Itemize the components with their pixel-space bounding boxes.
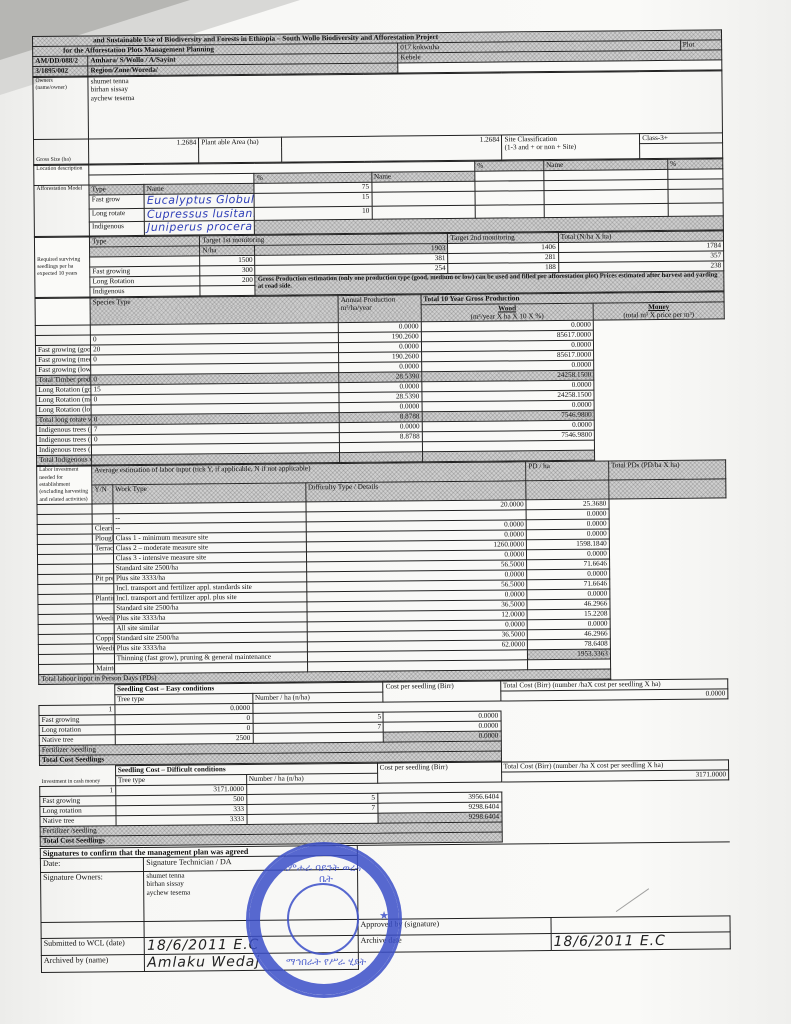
work-type: Pit preparation xyxy=(93,574,114,584)
work-type: Planting xyxy=(93,594,114,604)
col-species: Species Type xyxy=(90,295,338,325)
yn-cell xyxy=(38,574,93,585)
species-type: Fast growing (low) xyxy=(36,365,91,376)
labor-rows: 20.000025.3680--0.0000Clearing--0.00000.… xyxy=(37,498,728,675)
investment-label: Investment in cash money xyxy=(40,766,116,787)
target1-nha: 200 xyxy=(200,275,255,286)
owners-site-table: Owners (name/owner) shumet tenna birhan … xyxy=(32,70,723,165)
work-type: Terracing, Water harvesting xyxy=(92,544,113,554)
species-type: Long Rotation (medium) xyxy=(36,395,91,406)
plot-id-line2: 3/1895/002 xyxy=(33,66,88,77)
labor-table: Labor investment needed for establishmen… xyxy=(36,460,728,685)
work-type: Weeding year 1 xyxy=(93,614,114,624)
species-type: Long Rotation (low) xyxy=(36,405,91,416)
work-type: Coppice management xyxy=(93,634,114,644)
species-type: Total Timber production after 10 years xyxy=(36,375,91,386)
species-type xyxy=(35,325,90,336)
site-class-sub: (1-3 and + or non + Site) xyxy=(505,142,638,152)
yn-cell xyxy=(38,624,93,635)
col-difficulty: Difficulty Type / Details xyxy=(305,481,526,502)
star-icon: ★ xyxy=(379,909,389,922)
difficult-total-cost: 3171.0000 xyxy=(501,770,728,782)
col-type: Type xyxy=(89,184,144,195)
model-type: Fast grow xyxy=(89,194,144,208)
stamp-emblem-icon xyxy=(287,883,359,955)
seedlings-table: Required surviving seedlings per ha expe… xyxy=(34,230,725,298)
yn-cell xyxy=(38,584,93,595)
plot-id-line1: AM/DD/088/2 xyxy=(33,56,88,67)
yn-cell xyxy=(38,594,93,605)
yn-cell xyxy=(38,564,93,575)
yn-cell xyxy=(38,634,93,645)
species-type xyxy=(35,335,90,346)
yn-cell xyxy=(37,504,92,515)
date-label: Date: xyxy=(40,857,143,872)
location-label: Location description xyxy=(34,165,89,186)
col-cost: Cost per seedling (Birr) xyxy=(377,762,501,783)
work-type xyxy=(92,514,113,524)
header-table: and Sustainable Use of Biodiversity and … xyxy=(32,29,722,77)
management-plan-form: and Sustainable Use of Biodiversity and … xyxy=(32,29,731,973)
species-type: Total long rotate wood stocks 10 years xyxy=(36,415,91,426)
work-type xyxy=(93,604,114,614)
species-type: Fast growing (medium) xyxy=(36,355,91,366)
yn-cell xyxy=(37,554,92,565)
work-type xyxy=(93,554,114,564)
seedling-type: Indigenous xyxy=(90,286,200,297)
yn-cell xyxy=(39,664,94,675)
plot-label: Plot xyxy=(680,40,721,50)
model-species-name: Cupressus lusitanica xyxy=(144,207,254,222)
gross-size-value: 1.2684 xyxy=(89,138,199,164)
col-cost: Cost per seedling (Birr) xyxy=(383,681,500,702)
easy-total-cost: 0.0000 xyxy=(500,689,727,701)
col-annual: Annual Production m³/ha/year xyxy=(338,295,421,323)
model-pct: 15 xyxy=(254,192,371,207)
col-pct3: % xyxy=(668,159,723,170)
stamp-bottom-text: ማኅበራት የሥራ ሂደት xyxy=(271,957,381,968)
col-yn: Y/N xyxy=(92,485,113,504)
archive-date: 18/6/2011 E.C xyxy=(551,932,730,951)
official-stamp: የአምሐራ ባይንት ወረዳ ጽ/ቤት ★ ማኅበራት የሥራ ሂደት xyxy=(246,842,402,998)
work-type xyxy=(94,654,115,664)
gross-production-rows: 0.00000.00000190.260085617.0000Fast grow… xyxy=(35,319,725,466)
owners-label: Owners (name/owner) xyxy=(33,77,89,140)
species-type: Indigenous trees (low) xyxy=(36,445,91,456)
yn-cell xyxy=(38,644,93,655)
labor-label: Labor investment needed for establishmen… xyxy=(37,466,92,504)
species-type: Long Rotation (good) xyxy=(36,385,91,396)
model-pct: 10 xyxy=(255,206,372,221)
col-money: Money(total m³ X price per m³) xyxy=(593,302,724,321)
model-type: Long rotate xyxy=(89,208,144,222)
work-type xyxy=(93,624,114,634)
archived-by-label: Archived by (name) xyxy=(41,955,145,973)
scanned-page: and Sustainable Use of Biodiversity and … xyxy=(0,0,791,1024)
work-type: Maintenance xyxy=(94,664,115,674)
model-type: Indigenous xyxy=(89,222,144,236)
col-nha1: N/ha xyxy=(200,245,255,256)
species-type: Indigenous trees (medium) xyxy=(36,435,91,446)
col-total-pd: Total PDs (PD/ha X ha) xyxy=(608,460,725,480)
work-type: Clearing xyxy=(92,524,113,534)
yn-cell xyxy=(38,654,93,665)
target1-nha: 1500 xyxy=(200,255,255,266)
species-type: Total Indigenous wood stocks 10 years xyxy=(37,455,92,466)
work-type: Weeding year 2-5 xyxy=(93,644,114,654)
yn-cell xyxy=(38,604,93,615)
plantable-label: Plant able Area (ha) xyxy=(199,137,282,163)
work-type: Ploughing xyxy=(92,534,113,544)
work-type xyxy=(93,584,114,594)
species-type: Indigenous trees (good) xyxy=(36,425,91,436)
col-wood: Wood(m³/year X ha X 10 X %) xyxy=(421,303,593,322)
difficult-rows: 13171.0000Fast growing50053956.6404Long … xyxy=(40,780,729,827)
seedling-difficult-table: Investment in cash money Seedling Cost –… xyxy=(39,759,730,847)
seedling-easy-table: Seedling Cost – Easy conditions Cost per… xyxy=(38,678,729,766)
col-pd: PD / ha xyxy=(526,461,609,480)
yn-cell xyxy=(37,514,92,525)
afforestation-model-table: Location description % Name % % Name Aff… xyxy=(33,158,724,237)
plantable-area-value: 1.2684 xyxy=(281,135,502,162)
gross-size-label: Gross Size (ha) xyxy=(33,139,88,165)
col-pct2: % xyxy=(475,161,544,172)
target1-nha: 300 xyxy=(200,265,255,276)
owners-signature-label: Signature Owners: xyxy=(41,871,145,922)
site-class-label: Site Classification (1-3 and + or non + … xyxy=(502,134,640,160)
yn-cell xyxy=(37,544,92,555)
yn-cell xyxy=(37,524,92,535)
stamp-top-text: የአምሐራ ባይንት ወረዳ ጽ/ቤት xyxy=(271,863,381,885)
afforestation-model-label: Afforestation Model xyxy=(34,185,90,236)
col-number: Number / ha (n/ha) xyxy=(252,692,383,703)
seedlings-label: Required surviving seedlings per ha expe… xyxy=(34,237,90,298)
gross-production-table: Species Type Annual Production m³/ha/yea… xyxy=(35,291,727,466)
yn-cell xyxy=(37,534,92,545)
approved-signature xyxy=(551,916,730,934)
work-type xyxy=(93,564,114,574)
yn-cell xyxy=(38,614,93,625)
easy-rows: 10.0000Fast growing050.0000Long rotation… xyxy=(39,699,728,746)
model-species-name: Eucalyptus Globulus xyxy=(144,193,254,208)
model-species-name: Juniperus procera xyxy=(145,221,255,236)
col-number: Number / ha (n/ha) xyxy=(246,773,377,784)
col-work: Work Type xyxy=(113,483,306,504)
wood-value xyxy=(340,452,423,463)
work-type xyxy=(92,504,113,514)
species-type: Fast growing (good) xyxy=(35,345,90,356)
submitted-label: Submitted to WCL (date) xyxy=(41,937,145,955)
owners-list: shumet tenna birhan sissay aychew tesema xyxy=(88,71,722,139)
